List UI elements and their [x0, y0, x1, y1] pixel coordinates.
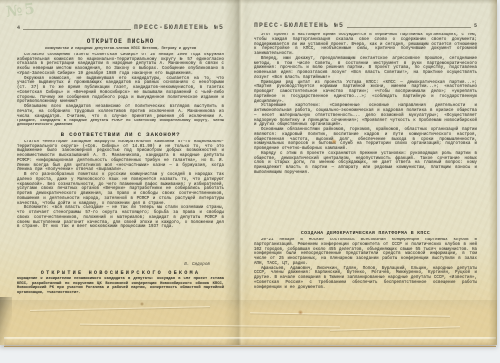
paragraph: Обязываем всех кандидатов независимо от …: [17, 105, 224, 118]
page-number-left: 4: [17, 25, 20, 31]
paragraph: Этот проект в настоящее время обсуждаетс…: [254, 33, 477, 57]
article-heading-open-letter: ОТКРЫТОЕ ПИСЬМО: [17, 38, 224, 45]
page-right-header: ПРЕСС-БЮЛЛЕТЕНЬ №5 5: [254, 20, 477, 29]
bottom-fold-band: [0, 300, 497, 338]
article-subheading-open-letter: коммунистам и народным депутатам-членам …: [17, 47, 224, 51]
paragraph: Основными обязанностями райкомов, горком…: [254, 128, 477, 152]
article-body-law: Статья «Некоторые западные маршруты изби…: [17, 140, 224, 261]
article-body-platform: 20-21 января в Москве состоялась Всесоюз…: [254, 238, 477, 298]
header-rule: [347, 27, 471, 28]
paragraph: Устаревшие картотеки: «Современные основ…: [254, 104, 477, 128]
article-lead-obkom: Обращение к избирателям независимого кан…: [17, 277, 224, 298]
author-signature: В. Сидоров: [17, 262, 224, 267]
paragraph: Вспомните: «вся власть съездам» — не так…: [17, 206, 224, 230]
bulletin-title-right: ПРЕСС-БЮЛЛЕТЕНЬ №5: [254, 22, 344, 29]
paragraph: Приводим ряд цитат из проекта Устава КПС…: [254, 81, 477, 105]
paragraph: Статья «Некоторые западные маршруты изби…: [17, 140, 224, 173]
page-left-header: 4 ПРЕСС-БЮЛЛЕТЕНЬ №5: [17, 22, 224, 31]
signatories-line: Граждане, кандидаты в народные депутаты …: [17, 119, 224, 128]
booklet-page-edges: [4, 337, 496, 347]
paragraph: Окружная комиссия, не выдвинувшая его ка…: [17, 77, 224, 106]
paragraph: В его разнообразных пометках к русским к…: [17, 173, 224, 206]
center-gutter-shadow: [224, 0, 252, 345]
article-heading-law: В СООТВЕТСТВИИ ЛИ С ЗАКОНОМ?: [17, 131, 224, 138]
paragraph: Согласно сообщению газеты «Советская Сиб…: [17, 53, 224, 77]
article-heading-obkom: ОТКРЫТИЕ НОВОСИБИРСКОГО ОБКОМА: [17, 270, 224, 276]
article-body-ustav: Этот проект в настоящее время обсуждаетс…: [254, 33, 477, 228]
right-edge-shading: [489, 0, 497, 345]
paper-spread: №5 4 ПРЕСС-БЮЛЛЕТЕНЬ №5 ОТКРЫТОЕ ПИСЬМО …: [0, 0, 497, 345]
header-rule: [23, 29, 131, 30]
article-heading-platform: СОЗДАНА ДЕМОКРАТИЧЕСКАЯ ПЛАТФОРМА В КПСС: [254, 231, 477, 236]
corner-shadow: [0, 297, 12, 345]
article-body-open-letter: Согласно сообщению газеты «Советская Сиб…: [17, 53, 224, 118]
page-right: ПРЕСС-БЮЛЛЕТЕНЬ №5 5 Этот проект в насто…: [254, 20, 477, 312]
paragraph: Наряду с этим в проекте сохраняются преж…: [254, 152, 477, 176]
paragraph: Афанасьев, Адамович, Лисичкин, Гдлян, По…: [254, 267, 477, 291]
page-left: 4 ПРЕСС-БЮЛЛЕТЕНЬ №5 ОТКРЫТОЕ ПИСЬМО ком…: [17, 22, 224, 307]
page-number-right: 5: [474, 23, 477, 29]
handwritten-issue-mark: №5: [5, 0, 38, 21]
bulletin-title-left: ПРЕСС-БЮЛЛЕТЕНЬ №5: [134, 24, 224, 31]
paragraph: Обращение к избирателям независимого кан…: [17, 277, 224, 295]
paragraph: 20-21 января в Москве состоялась Всесоюз…: [254, 238, 477, 267]
scanned-bulletin-spread: №5 4 ПРЕСС-БЮЛЛЕТЕНЬ №5 ОТКРЫТОЕ ПИСЬМО …: [0, 0, 500, 363]
paragraph: Вперед, ими докажут, преодолевающим сект…: [254, 57, 477, 81]
